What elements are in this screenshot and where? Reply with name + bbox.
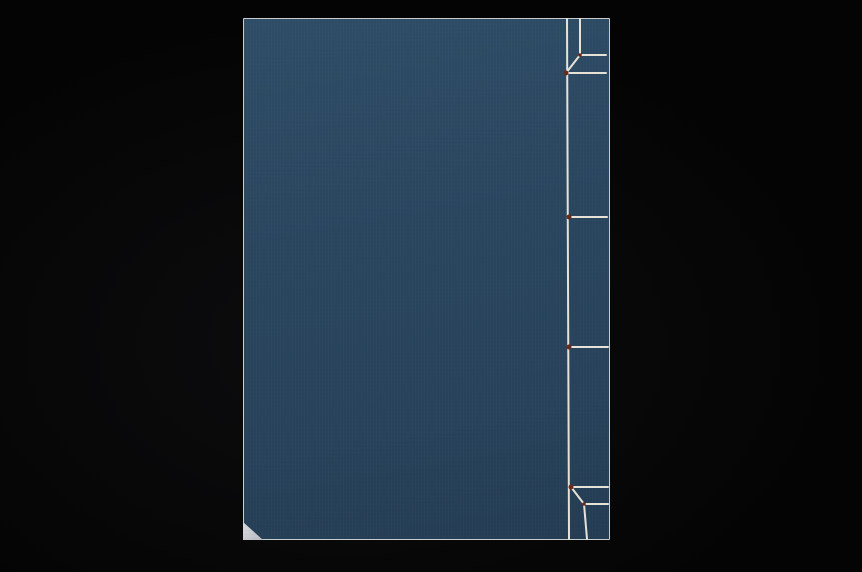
binding-thread xyxy=(0,0,862,572)
